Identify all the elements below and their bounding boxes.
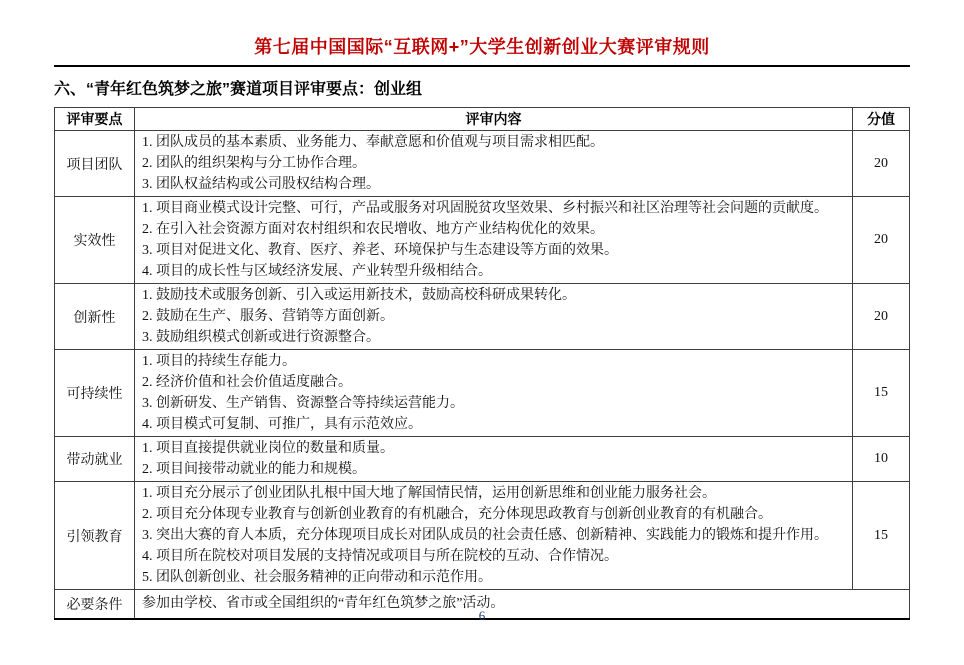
section-heading: 六、“青年红色筑梦之旅”赛道项目评审要点：创业组 bbox=[54, 76, 910, 99]
content-cell: 1. 鼓励技术或服务创新、引入或运用新技术，鼓励高校科研成果转化。2. 鼓励在生… bbox=[135, 284, 853, 350]
category-cell: 可持续性 bbox=[55, 350, 135, 437]
category-cell: 项目团队 bbox=[55, 131, 135, 197]
table-row: 创新性1. 鼓励技术或服务创新、引入或运用新技术，鼓励高校科研成果转化。2. 鼓… bbox=[55, 284, 910, 350]
score-cell: 20 bbox=[853, 197, 910, 284]
criteria-item-line: 3. 突出大赛的育人本质，充分体现项目成长对团队成员的社会责任感、创新精神、实践… bbox=[142, 525, 846, 546]
table-header-row: 评审要点 评审内容 分值 bbox=[55, 108, 910, 131]
criteria-item-line: 2. 项目间接带动就业的能力和规模。 bbox=[142, 459, 846, 480]
content-cell: 1. 项目充分展示了创业团队扎根中国大地了解国情民情，运用创新思维和创业能力服务… bbox=[135, 482, 853, 590]
content-cell: 1. 项目的持续生存能力。2. 经济价值和社会价值适度融合。3. 创新研发、生产… bbox=[135, 350, 853, 437]
criteria-item-line: 3. 鼓励组织模式创新或进行资源整合。 bbox=[142, 327, 846, 348]
criteria-item-line: 3. 项目对促进文化、教育、医疗、养老、环境保护与生态建设等方面的效果。 bbox=[142, 240, 846, 261]
criteria-item-line: 4. 项目的成长性与区域经济发展、产业转型升级相结合。 bbox=[142, 261, 846, 282]
score-cell: 20 bbox=[853, 284, 910, 350]
criteria-item-line: 2. 经济价值和社会价值适度融合。 bbox=[142, 372, 846, 393]
category-cell: 创新性 bbox=[55, 284, 135, 350]
criteria-table: 评审要点 评审内容 分值 项目团队1. 团队成员的基本素质、业务能力、奉献意愿和… bbox=[54, 107, 910, 620]
table-row: 可持续性1. 项目的持续生存能力。2. 经济价值和社会价值适度融合。3. 创新研… bbox=[55, 350, 910, 437]
score-cell: 20 bbox=[853, 131, 910, 197]
category-cell: 实效性 bbox=[55, 197, 135, 284]
criteria-item-line: 4. 项目所在院校对项目发展的支持情况或项目与所在院校的互动、合作情况。 bbox=[142, 546, 846, 567]
page-number: 6 bbox=[0, 608, 964, 624]
table-row: 引领教育1. 项目充分展示了创业团队扎根中国大地了解国情民情，运用创新思维和创业… bbox=[55, 482, 910, 590]
score-cell: 10 bbox=[853, 437, 910, 482]
criteria-item-line: 2. 在引入社会资源方面对农村组织和农民增收、地方产业结构优化的效果。 bbox=[142, 219, 846, 240]
criteria-item-line: 3. 团队权益结构或公司股权结构合理。 bbox=[142, 174, 846, 195]
category-cell: 引领教育 bbox=[55, 482, 135, 590]
table-row: 实效性1. 项目商业模式设计完整、可行，产品或服务对巩固脱贫攻坚效果、乡村振兴和… bbox=[55, 197, 910, 284]
page-title: 第七届中国国际“互联网+”大学生创新创业大赛评审规则 bbox=[54, 0, 910, 59]
header-cell-content: 评审内容 bbox=[135, 108, 853, 131]
content-cell: 1. 项目直接提供就业岗位的数量和质量。2. 项目间接带动就业的能力和规模。 bbox=[135, 437, 853, 482]
criteria-item-line: 2. 鼓励在生产、服务、营销等方面创新。 bbox=[142, 306, 846, 327]
criteria-item-line: 2. 团队的组织架构与分工协作合理。 bbox=[142, 153, 846, 174]
table-row: 项目团队1. 团队成员的基本素质、业务能力、奉献意愿和价值观与项目需求相匹配。2… bbox=[55, 131, 910, 197]
document-page: 第七届中国国际“互联网+”大学生创新创业大赛评审规则 六、“青年红色筑梦之旅”赛… bbox=[0, 0, 964, 665]
criteria-item-line: 3. 创新研发、生产销售、资源整合等持续运营能力。 bbox=[142, 393, 846, 414]
criteria-item-line: 2. 项目充分体现专业教育与创新创业教育的有机融合，充分体现思政教育与创新创业教… bbox=[142, 504, 846, 525]
header-cell-criteria: 评审要点 bbox=[55, 108, 135, 131]
score-cell: 15 bbox=[853, 482, 910, 590]
header-cell-score: 分值 bbox=[853, 108, 910, 131]
criteria-item-line: 1. 项目商业模式设计完整、可行，产品或服务对巩固脱贫攻坚效果、乡村振兴和社区治… bbox=[142, 198, 846, 219]
table-row: 带动就业1. 项目直接提供就业岗位的数量和质量。2. 项目间接带动就业的能力和规… bbox=[55, 437, 910, 482]
category-cell: 带动就业 bbox=[55, 437, 135, 482]
criteria-item-line: 1. 团队成员的基本素质、业务能力、奉献意愿和价值观与项目需求相匹配。 bbox=[142, 132, 846, 153]
criteria-item-line: 1. 鼓励技术或服务创新、引入或运用新技术，鼓励高校科研成果转化。 bbox=[142, 285, 846, 306]
criteria-item-line: 1. 项目直接提供就业岗位的数量和质量。 bbox=[142, 438, 846, 459]
content-cell: 1. 项目商业模式设计完整、可行，产品或服务对巩固脱贫攻坚效果、乡村振兴和社区治… bbox=[135, 197, 853, 284]
score-cell: 15 bbox=[853, 350, 910, 437]
criteria-item-line: 4. 项目模式可复制、可推广，具有示范效应。 bbox=[142, 414, 846, 435]
criteria-item-line: 1. 项目的持续生存能力。 bbox=[142, 351, 846, 372]
criteria-item-line: 1. 项目充分展示了创业团队扎根中国大地了解国情民情，运用创新思维和创业能力服务… bbox=[142, 483, 846, 504]
content-cell: 1. 团队成员的基本素质、业务能力、奉献意愿和价值观与项目需求相匹配。2. 团队… bbox=[135, 131, 853, 197]
title-divider bbox=[54, 65, 910, 67]
criteria-item-line: 5. 团队创新创业、社会服务精神的正向带动和示范作用。 bbox=[142, 567, 846, 588]
